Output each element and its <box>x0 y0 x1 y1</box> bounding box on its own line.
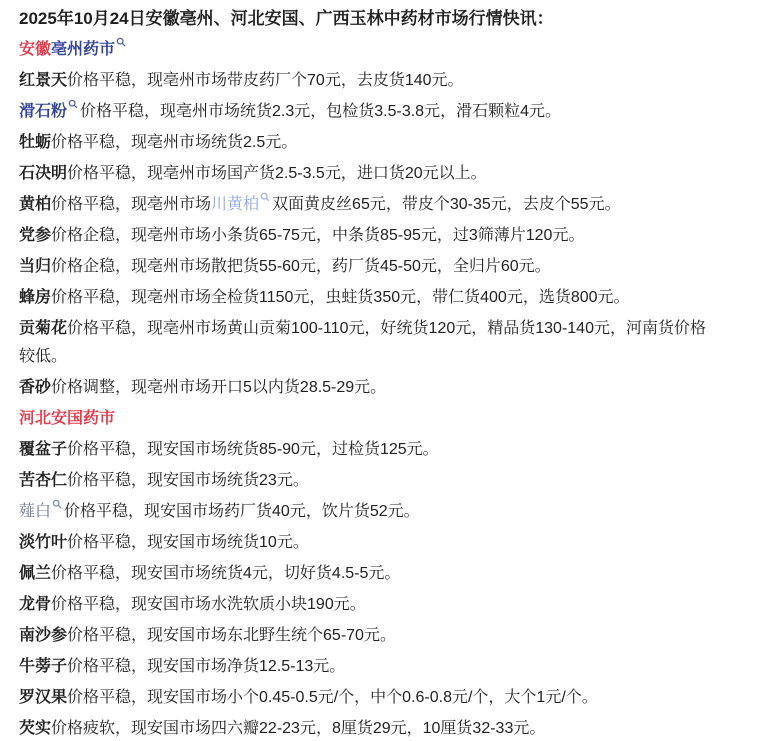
herb-name: 佩兰 <box>19 565 51 582</box>
price-text: 价格平稳，现亳州市场统货2.5元。 <box>51 134 297 151</box>
page-title: 2025年10月24日安徽亳州、河北安国、广西玉林中药材市场行情快讯： <box>19 5 719 33</box>
search-icon[interactable] <box>52 499 62 509</box>
price-text: 价格调整，现亳州市场开口5以内货28.5-29元。 <box>51 379 386 396</box>
price-text: 价格平稳，现亳州市场国产货2.5-3.5元，进口货20元以上。 <box>67 165 487 182</box>
herb-name: 香砂 <box>19 379 51 396</box>
search-icon[interactable] <box>260 192 270 202</box>
price-line: 苦杏仁价格平稳，现安国市场统货23元。 <box>19 467 719 495</box>
herb-name: 当归 <box>19 258 51 275</box>
price-text: 价格平稳，现亳州市场 <box>51 196 211 213</box>
price-text: 价格平稳，现亳州市场黄山贡菊100-110元，好统货120元，精品货130-14… <box>19 320 706 365</box>
herb-name: 贡菊花 <box>19 320 67 337</box>
price-line: 南沙参价格平稳，现安国市场东北野生统个65-70元。 <box>19 622 719 650</box>
entity-link[interactable]: 川黄柏 <box>211 196 272 213</box>
price-line: 佩兰价格平稳，现安国市场统货4元，切好货4.5-5元。 <box>19 560 719 588</box>
price-line: 红景天价格平稳，现亳州市场带皮药厂个70元，去皮货140元。 <box>19 67 719 95</box>
entity-link[interactable]: 亳州药市 <box>51 41 128 58</box>
price-line: 党参价格企稳，现亳州市场小条货65-75元，中条货85-95元，过3筛薄片120… <box>19 222 719 250</box>
price-line: 石决明价格平稳，现亳州市场国产货2.5-3.5元，进口货20元以上。 <box>19 160 719 188</box>
price-line: 香砂价格调整，现亳州市场开口5以内货28.5-29元。 <box>19 374 719 402</box>
price-line: 龙骨价格平稳，现安国市场水洗软质小块190元。 <box>19 591 719 619</box>
entity-link[interactable]: 滑石粉 <box>19 103 80 120</box>
price-text: 价格平稳，现安国市场小个0.45-0.5元/个，中个0.6-0.8元/个，大个1… <box>67 689 598 706</box>
article: 2025年10月24日安徽亳州、河北安国、广西玉林中药材市场行情快讯： 安徽亳州… <box>0 0 765 741</box>
price-text: 价格平稳，现安国市场净货12.5-13元。 <box>67 658 345 675</box>
herb-name: 蜂房 <box>19 289 51 306</box>
search-icon[interactable] <box>68 99 78 109</box>
herb-name: 红景天 <box>19 72 67 89</box>
herb-name: 党参 <box>19 227 51 244</box>
price-text: 价格平稳，现安国市场东北野生统个65-70元。 <box>67 627 396 644</box>
price-line: 覆盆子价格平稳，现安国市场统货85-90元，过检货125元。 <box>19 436 719 464</box>
price-line: 罗汉果价格平稳，现安国市场小个0.45-0.5元/个，中个0.6-0.8元/个，… <box>19 684 719 712</box>
price-line: 芡实价格疲软，现安国市场四六瓣22-23元，8厘货29元，10厘货32-33元。 <box>19 715 719 741</box>
price-text: 价格平稳，现安国市场统货23元。 <box>67 472 309 489</box>
herb-name: 龙骨 <box>19 596 51 613</box>
herb-name: 黄柏 <box>19 196 51 213</box>
herb-name: 罗汉果 <box>19 689 67 706</box>
price-text: 价格疲软，现安国市场四六瓣22-23元，8厘货29元，10厘货32-33元。 <box>51 720 545 737</box>
price-line: 淡竹叶价格平稳，现安国市场统货10元。 <box>19 529 719 557</box>
price-line: 薤白价格平稳，现安国市场药厂货40元，饮片货52元。 <box>19 498 719 526</box>
price-text: 价格平稳，现安国市场药厂货40元，饮片货52元。 <box>64 503 420 520</box>
price-line: 当归价格企稳，现亳州市场散把货55-60元，药厂货45-50元，全归片60元。 <box>19 253 719 281</box>
herb-name: 石决明 <box>19 165 67 182</box>
section-header: 河北安国药市 <box>19 405 719 433</box>
price-text: 价格企稳，现亳州市场小条货65-75元，中条货85-95元，过3筛薄片120元。 <box>51 227 584 244</box>
herb-name: 南沙参 <box>19 627 67 644</box>
price-line: 贡菊花价格平稳，现亳州市场黄山贡菊100-110元，好统货120元，精品货130… <box>19 315 719 371</box>
price-text: 价格平稳，现安国市场统货10元。 <box>67 534 309 551</box>
entity-link[interactable]: 薤白 <box>19 503 64 520</box>
herb-name: 苦杏仁 <box>19 472 67 489</box>
article-body: 安徽亳州药市红景天价格平稳，现亳州市场带皮药厂个70元，去皮货140元。滑石粉价… <box>19 36 719 741</box>
price-line: 黄柏价格平稳，现亳州市场川黄柏双面黄皮丝65元，带皮个30-35元，去皮个55元… <box>19 191 719 219</box>
price-text: 价格平稳，现安国市场统货85-90元，过检货125元。 <box>67 441 439 458</box>
search-icon[interactable] <box>116 37 126 47</box>
price-text: 价格平稳，现亳州市场统货2.3元，包检货3.5-3.8元，滑石颗粒4元。 <box>80 103 561 120</box>
section-header: 安徽亳州药市 <box>19 36 719 64</box>
herb-name: 芡实 <box>19 720 51 737</box>
price-line: 蜂房价格平稳，现亳州市场全检货1150元，虫蛀货350元，带仁货400元，选货8… <box>19 284 719 312</box>
price-text: 价格平稳，现亳州市场带皮药厂个70元，去皮货140元。 <box>67 72 464 89</box>
price-text: 价格平稳，现安国市场水洗软质小块190元。 <box>51 596 366 613</box>
price-line: 牡蛎价格平稳，现亳州市场统货2.5元。 <box>19 129 719 157</box>
price-text: 价格平稳，现亳州市场全检货1150元，虫蛀货350元，带仁货400元，选货800… <box>51 289 630 306</box>
price-text: 价格平稳，现安国市场统货4元，切好货4.5-5元。 <box>51 565 400 582</box>
herb-name: 牛蒡子 <box>19 658 67 675</box>
herb-name: 淡竹叶 <box>19 534 67 551</box>
herb-name: 覆盆子 <box>19 441 67 458</box>
price-text: 价格企稳，现亳州市场散把货55-60元，药厂货45-50元，全归片60元。 <box>51 258 551 275</box>
price-line: 滑石粉价格平稳，现亳州市场统货2.3元，包检货3.5-3.8元，滑石颗粒4元。 <box>19 98 719 126</box>
market-region-label: 安徽 <box>19 41 51 58</box>
price-line: 牛蒡子价格平稳，现安国市场净货12.5-13元。 <box>19 653 719 681</box>
price-text: 双面黄皮丝65元，带皮个30-35元，去皮个55元。 <box>272 196 621 213</box>
herb-name: 牡蛎 <box>19 134 51 151</box>
market-region-label: 河北安国药市 <box>19 410 115 427</box>
